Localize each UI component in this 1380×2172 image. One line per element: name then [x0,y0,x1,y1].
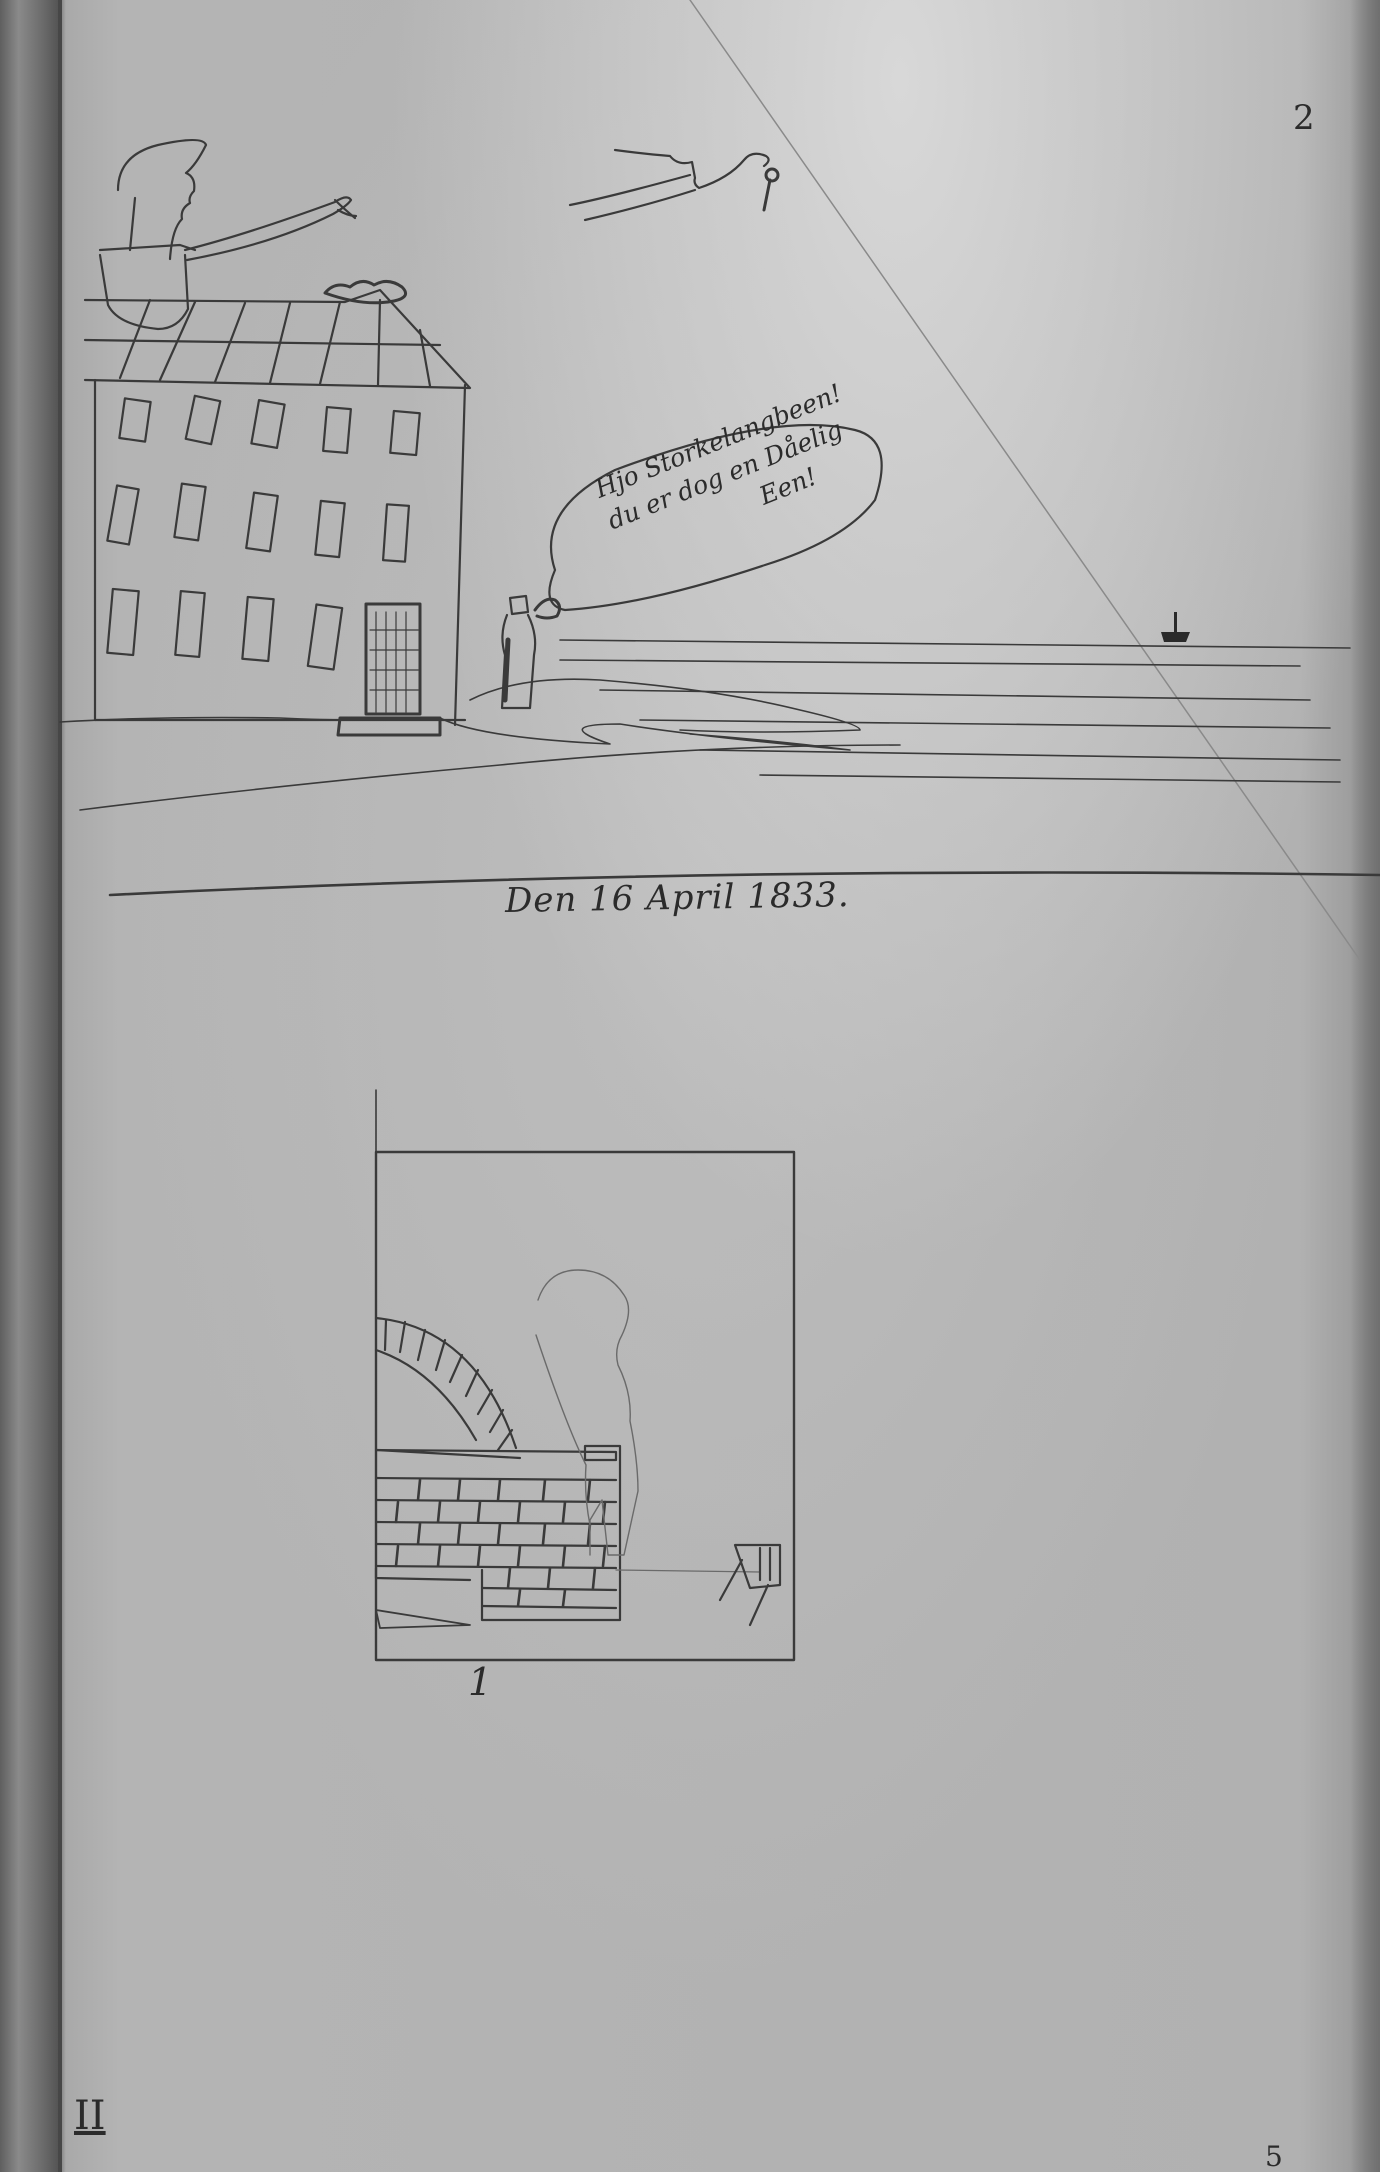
pencil-drawings [0,0,1380,2172]
framed-brick-wall-drawing [376,1090,794,1660]
section-mark: II [74,2093,106,2139]
house-drawing [85,281,470,735]
plate-number: 1 [468,1660,492,1704]
ship-on-horizon [1161,612,1190,642]
stork-with-key [570,150,778,220]
sketchbook-page: 2 Hjo Storkelangbeen! du er dog en Dåeli… [0,0,1380,2172]
page-number: 2 [1293,98,1315,138]
landscape-lines [60,640,1380,895]
man-calling [502,596,560,708]
date-caption: Den 16 April 1833. [505,875,850,921]
corner-mark: 5 [1265,2140,1283,2172]
